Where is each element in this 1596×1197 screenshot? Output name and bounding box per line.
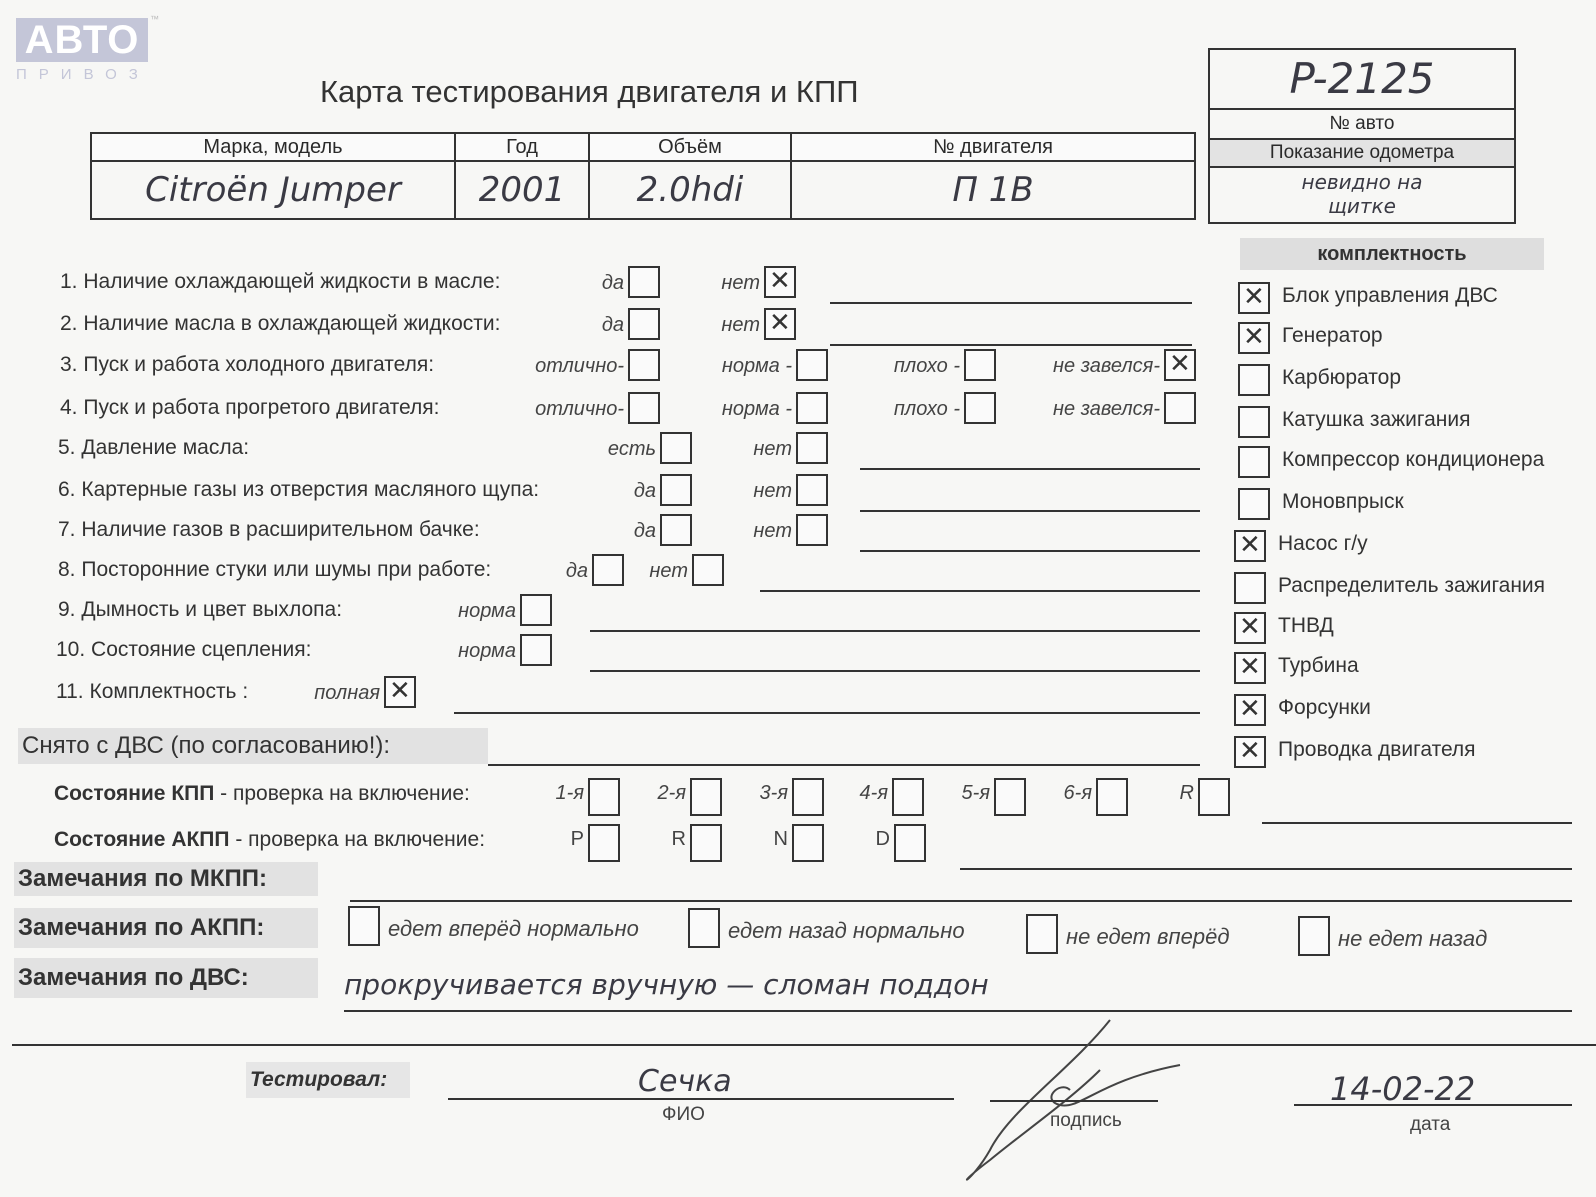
question-6: 6. Картерные газы из отверстия масляного…	[58, 478, 539, 502]
signature-caption: подпись	[1050, 1110, 1122, 1132]
kpp-gear-label: 4-я	[842, 782, 888, 805]
kpp-gear-label: R	[1148, 782, 1194, 805]
odometer-label: Показание одометра	[1210, 140, 1514, 168]
question-6-notes-line[interactable]	[860, 510, 1200, 512]
question-2-notes-line[interactable]	[830, 344, 1192, 346]
question-1: 1. Наличие охлаждающей жидкости в масле:	[60, 270, 500, 294]
name-caption: ФИО	[662, 1104, 705, 1126]
question-3-option-label: отлично-	[460, 355, 624, 378]
kpp-gear-checkbox[interactable]	[588, 778, 620, 816]
kpp-gear-checkbox[interactable]	[892, 778, 924, 816]
completeness-item-label: Блок управления ДВС	[1282, 284, 1498, 308]
akpp-remark-checkbox[interactable]	[1298, 916, 1330, 956]
akpp-remarks-label: Замечания по АКПП:	[14, 908, 318, 948]
akpp-line[interactable]	[960, 868, 1572, 870]
signature-line	[990, 1100, 1158, 1102]
question-8-checkbox[interactable]	[692, 554, 724, 586]
kpp-gear-checkbox[interactable]	[1096, 778, 1128, 816]
question-5-option-label: есть	[540, 438, 656, 461]
date-caption: дата	[1410, 1114, 1450, 1136]
question-10-checkbox[interactable]	[520, 634, 552, 666]
completeness-item-label: Катушка зажигания	[1282, 408, 1470, 432]
engine-number-value[interactable]: П 1B	[791, 161, 1195, 219]
trademark: ™	[150, 14, 159, 24]
question-4-option-label: плохо -	[810, 398, 960, 421]
dvs-remarks-value[interactable]: прокручивается вручную — сломан поддон	[344, 968, 989, 1001]
question-11-option-label: полная	[240, 682, 380, 705]
akpp-gear-checkbox[interactable]	[792, 824, 824, 862]
odometer-value[interactable]: невидно на щитке	[1210, 168, 1514, 222]
question-11-notes-line[interactable]	[454, 712, 1200, 714]
akpp-label: Состояние АКПП - проверка на включение:	[54, 828, 485, 852]
question-1-checkbox[interactable]	[628, 266, 660, 298]
divider	[12, 1044, 1596, 1046]
akpp-gear-label: D	[844, 828, 890, 851]
question-2: 2. Наличие масла в охлаждающей жидкости:	[60, 312, 500, 336]
akpp-gear-label: P	[538, 828, 584, 851]
completeness-item-label: Проводка двигателя	[1278, 738, 1476, 762]
completeness-item-label: Форсунки	[1278, 696, 1371, 720]
akpp-remark-label: не едет назад	[1338, 926, 1487, 952]
akpp-gear-checkbox[interactable]	[690, 824, 722, 862]
question-8-option-label: да	[496, 560, 588, 583]
completeness-checkbox[interactable]	[1238, 364, 1270, 396]
question-3-option-label: норма -	[640, 355, 792, 378]
make-model-value[interactable]: Citroën Jumper	[91, 161, 455, 219]
removed-label: Снято с ДВС (по согласованию!):	[18, 728, 488, 764]
completeness-item-label: Карбюратор	[1282, 366, 1401, 390]
akpp-remark-checkbox[interactable]	[688, 908, 720, 948]
car-number-value[interactable]: P-2125	[1210, 50, 1514, 110]
page-title: Карта тестирования двигателя и КПП	[320, 74, 859, 110]
question-10-notes-line[interactable]	[590, 670, 1200, 672]
date-value[interactable]: 14-02-22	[1330, 1070, 1475, 1108]
question-3-checkbox[interactable]	[1164, 349, 1196, 381]
completeness-checkbox[interactable]	[1234, 612, 1266, 644]
question-7-option-label: да	[580, 520, 656, 543]
question-6-option-label: да	[580, 480, 656, 503]
completeness-checkbox[interactable]	[1234, 694, 1266, 726]
akpp-gear-label: R	[640, 828, 686, 851]
question-7-notes-line[interactable]	[860, 550, 1200, 552]
question-3-option-label: плохо -	[810, 355, 960, 378]
year-value[interactable]: 2001	[455, 161, 589, 219]
question-1-option-label: нет	[660, 272, 760, 295]
completeness-item-label: Компрессор кондиционера	[1282, 448, 1544, 472]
question-9-checkbox[interactable]	[520, 594, 552, 626]
kpp-gear-label: 1-я	[538, 782, 584, 805]
dvs-remarks-label: Замечания по ДВС:	[14, 958, 318, 998]
name-line	[448, 1098, 954, 1100]
question-5-notes-line[interactable]	[860, 468, 1200, 470]
akpp-gear-checkbox[interactable]	[588, 824, 620, 862]
akpp-label-bold: Состояние АКПП	[54, 828, 230, 851]
completeness-heading: комплектность	[1240, 238, 1544, 270]
kpp-gear-label: 3-я	[742, 782, 788, 805]
question-11-checkbox[interactable]	[384, 676, 416, 708]
akpp-remark-checkbox[interactable]	[348, 906, 380, 946]
logo-subtitle: ПРИВОЗ	[16, 66, 151, 83]
question-5-option-label: нет	[680, 438, 792, 461]
akpp-remark-label: едет вперёд нормально	[388, 916, 639, 942]
kpp-gear-label: 6-я	[1046, 782, 1092, 805]
removed-line[interactable]	[488, 764, 1200, 766]
kpp-gear-checkbox[interactable]	[994, 778, 1026, 816]
date-line	[1294, 1104, 1572, 1106]
akpp-gear-checkbox[interactable]	[894, 824, 926, 862]
odometer-value-line2: щитке	[1328, 194, 1396, 218]
kpp-label-rest: - проверка на включение:	[214, 782, 470, 805]
question-10-option-label: норма	[388, 640, 516, 663]
question-11: 11. Комплектность :	[56, 680, 248, 704]
question-7-option-label: нет	[680, 520, 792, 543]
car-number-label: № авто	[1210, 110, 1514, 140]
mkpp-remarks-label: Замечания по МКПП:	[14, 862, 318, 896]
question-8-notes-line[interactable]	[760, 590, 1200, 592]
volume-value[interactable]: 2.0hdi	[589, 161, 791, 219]
akpp-remark-label: не едет вперёд	[1066, 924, 1230, 950]
col-header-year: Год	[455, 133, 589, 161]
completeness-checkbox[interactable]	[1234, 736, 1266, 768]
completeness-item-label: Моновпрыск	[1282, 490, 1404, 514]
question-9: 9. Дымность и цвет выхлопа:	[58, 598, 342, 622]
completeness-checkbox[interactable]	[1238, 282, 1270, 314]
completeness-checkbox[interactable]	[1234, 572, 1266, 604]
col-header-make-model: Марка, модель	[91, 133, 455, 161]
mkpp-remarks-line[interactable]	[350, 900, 1572, 902]
completeness-checkbox[interactable]	[1238, 488, 1270, 520]
kpp-gear-checkbox[interactable]	[792, 778, 824, 816]
kpp-gear-label: 2-я	[640, 782, 686, 805]
question-2-option-label: да	[500, 314, 624, 337]
tester-name-value[interactable]: Сечка	[638, 1064, 732, 1099]
question-1-option-label: да	[500, 272, 624, 295]
completeness-checkbox[interactable]	[1238, 322, 1270, 354]
question-2-checkbox[interactable]	[764, 308, 796, 340]
question-4-option-label: норма -	[640, 398, 792, 421]
vehicle-info-table: Марка, модель Год Объём № двигателя Citr…	[90, 132, 1196, 220]
question-4-checkbox[interactable]	[1164, 392, 1196, 424]
question-1-notes-line[interactable]	[830, 302, 1192, 304]
completeness-item-label: Насос г/у	[1278, 532, 1368, 556]
akpp-remark-label: едет назад нормально	[728, 918, 965, 944]
question-6-checkbox[interactable]	[796, 474, 828, 506]
kpp-label: Состояние КПП - проверка на включение:	[54, 782, 470, 806]
question-7-checkbox[interactable]	[796, 514, 828, 546]
question-4-option-label: отлично-	[460, 398, 624, 421]
akpp-label-rest: - проверка на включение:	[230, 828, 486, 851]
question-5-checkbox[interactable]	[796, 432, 828, 464]
question-1-checkbox[interactable]	[764, 266, 796, 298]
question-2-option-label: нет	[660, 314, 760, 337]
completeness-item-label: Генератор	[1282, 324, 1383, 348]
kpp-gear-checkbox[interactable]	[690, 778, 722, 816]
kpp-gear-checkbox[interactable]	[1198, 778, 1230, 816]
question-7: 7. Наличие газов в расширительном бачке:	[58, 518, 480, 542]
logo: АВТО	[16, 18, 148, 62]
question-5: 5. Давление масла:	[58, 436, 249, 460]
question-4-option-label: не завелся-	[970, 398, 1160, 421]
question-8-option-label: нет	[580, 560, 688, 583]
question-9-option-label: норма	[388, 600, 516, 623]
completeness-item-label: Турбина	[1278, 654, 1359, 678]
question-10: 10. Состояние сцепления:	[56, 638, 311, 662]
tested-by-label: Тестировал:	[246, 1062, 410, 1098]
question-6-option-label: нет	[680, 480, 792, 503]
col-header-engine-number: № двигателя	[791, 133, 1195, 161]
completeness-checkbox[interactable]	[1238, 406, 1270, 438]
completeness-checkbox[interactable]	[1234, 652, 1266, 684]
akpp-remark-checkbox[interactable]	[1026, 914, 1058, 954]
completeness-item-label: ТНВД	[1278, 614, 1334, 638]
question-8: 8. Посторонние стуки или шумы при работе…	[58, 558, 491, 582]
odometer-value-line1: невидно на	[1302, 170, 1423, 194]
question-4: 4. Пуск и работа прогретого двигателя:	[60, 396, 440, 420]
completeness-checkbox[interactable]	[1234, 530, 1266, 562]
question-9-notes-line[interactable]	[590, 630, 1200, 632]
completeness-item-label: Распределитель зажигания	[1278, 574, 1545, 598]
akpp-gear-label: N	[742, 828, 788, 851]
kpp-line[interactable]	[1262, 822, 1572, 824]
car-info-box: P-2125 № авто Показание одометра невидно…	[1208, 48, 1516, 224]
question-3: 3. Пуск и работа холодного двигателя:	[60, 353, 434, 377]
kpp-gear-label: 5-я	[944, 782, 990, 805]
question-2-checkbox[interactable]	[628, 308, 660, 340]
col-header-volume: Объём	[589, 133, 791, 161]
question-3-option-label: не завелся-	[970, 355, 1160, 378]
kpp-label-bold: Состояние КПП	[54, 782, 214, 805]
completeness-checkbox[interactable]	[1238, 446, 1270, 478]
